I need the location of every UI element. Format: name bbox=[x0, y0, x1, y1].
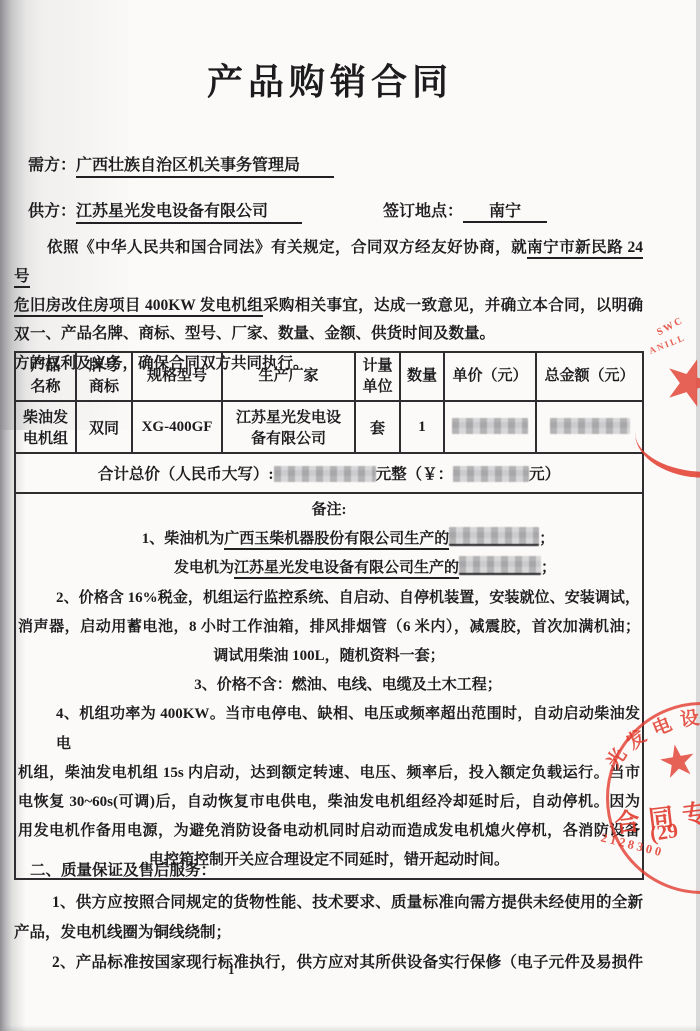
text-segment: 广西玉柴机器股份有限公司生产的 bbox=[224, 531, 449, 550]
text-line: 发电机为江苏星光发电设备有限公司生产的； bbox=[18, 554, 640, 583]
redacted-total-amount bbox=[550, 418, 630, 434]
cell-unit: 套 bbox=[355, 401, 400, 453]
text-line: 产品，发电机线圈为铜线绕制； bbox=[14, 918, 643, 948]
cell-manufacturer: 江苏星光发电设备有限公司 bbox=[222, 401, 355, 453]
text-segment: ； bbox=[539, 531, 554, 547]
cell-brand: 双同 bbox=[76, 401, 132, 453]
cell-model: XG-400GF bbox=[132, 401, 222, 453]
text-line: 用发电机作备用电源，为避免消防设备电动机同时启动而造成发电机熄火停机，各消防设备 bbox=[18, 817, 640, 846]
text-segment: 消声器，启动用蓄电池，8 小时工作油箱，排风排烟管（6 米内），减震胶，首次加满… bbox=[18, 619, 640, 635]
remarks-cell: 备注: 1、柴油机为广西玉柴机器股份有限公司生产的；发电机为江苏星光发电设备有限… bbox=[15, 493, 643, 879]
col-unit-price: 单价（元） bbox=[444, 352, 536, 401]
text-segment: 江苏星光发电设备有限公司生产的 bbox=[234, 560, 459, 579]
buyer-row: 需方：广西壮族自治区机关事务管理局 bbox=[28, 152, 334, 175]
text-segment: 3、价格不含：燃油、电线、电缆及土木工程； bbox=[194, 677, 502, 693]
seller-name: 江苏星光发电设备有限公司 bbox=[76, 203, 302, 224]
contract-scan-page: 产品购销合同 需方：广西壮族自治区机关事务管理局 供方：江苏星光发电设备有限公司… bbox=[0, 0, 700, 1031]
col-brand: 牌号商标 bbox=[76, 352, 132, 401]
red-seal-fragment-top: SWC ANILL ★ bbox=[640, 315, 700, 490]
text-segment: 1、供方应按照合同规定的货物性能、技术要求、质量标准向需方提供未经使用的全新 bbox=[52, 894, 643, 911]
table-header-row: 产品名称 牌号商标 规格型号 生产厂家 计量单位 数量 单价（元） 总金额（元） bbox=[15, 352, 643, 401]
company-contract-seal: 光 发 电 设 ★ 合同专用章 (29 2128300 bbox=[598, 688, 700, 893]
sign-place-value: 南宁 bbox=[463, 203, 547, 223]
seller-label: 供方： bbox=[28, 203, 76, 220]
sign-place-label: 签订地点： bbox=[383, 203, 463, 220]
section1-heading: 一、产品名牌、商标、型号、厂家、数量、金额、供货时间及数量。 bbox=[30, 321, 495, 343]
text-line: 电恢复 30~60s(可调)后，自动恢复市电供电，柴油发电机组经冷却延时后，自动… bbox=[18, 788, 640, 817]
cell-product-name: 柴油发电机组 bbox=[15, 401, 76, 453]
page-number: 1 bbox=[228, 962, 235, 978]
text-line: 调试用柴油 100L，随机资料一套； bbox=[18, 642, 640, 671]
text-segment: ； bbox=[541, 560, 556, 576]
cell-total-amount bbox=[536, 401, 643, 453]
text-segment: 电恢复 30~60s(可调)后，自动恢复市电供电，柴油发电机组经冷却延时后，自动… bbox=[18, 794, 640, 810]
redacted-value bbox=[459, 556, 541, 575]
remarks-body: 1、柴油机为广西玉柴机器股份有限公司生产的；发电机为江苏星光发电设备有限公司生产… bbox=[18, 525, 640, 875]
scan-bottom-edge bbox=[0, 1025, 700, 1031]
cell-unit-price bbox=[444, 401, 536, 453]
cell-qty: 1 bbox=[400, 401, 444, 453]
total-mid: 元整（￥： bbox=[376, 466, 454, 483]
text-segment: 危旧房改住房项目 400KW 发电机组 bbox=[14, 297, 263, 317]
text-segment: 2、价格含 16%税金，机组运行监控系统、自启动、自停机装置，安装就位、安装调试… bbox=[56, 590, 640, 606]
redacted-unit-price bbox=[452, 418, 528, 434]
star-icon: ★ bbox=[654, 344, 700, 420]
redacted-amount-words bbox=[274, 466, 376, 482]
buyer-name: 广西壮族自治区机关事务管理局 bbox=[76, 157, 334, 178]
col-manufacturer: 生产厂家 bbox=[222, 352, 355, 401]
seal-arc-char: 设 bbox=[678, 703, 700, 732]
table-total-row: 合计总价（人民币大写）:元整（￥：元） bbox=[15, 453, 643, 493]
col-unit: 计量单位 bbox=[355, 352, 400, 401]
section2-body: 1、供方应按照合同规定的货物性能、技术要求、质量标准向需方提供未经使用的全新产品… bbox=[14, 888, 643, 978]
col-model: 规格型号 bbox=[132, 352, 222, 401]
buyer-label: 需方： bbox=[28, 157, 76, 174]
redacted-amount-figures bbox=[453, 466, 529, 482]
remarks-label: 备注: bbox=[18, 496, 640, 525]
total-end: 元） bbox=[529, 466, 560, 483]
text-line: 4、机组功率为 400KW。当市电停电、缺相、电压或频率超出范围时，自动启动柴油… bbox=[18, 700, 640, 758]
total-price-cell: 合计总价（人民币大写）:元整（￥：元） bbox=[15, 453, 643, 493]
col-total-amount: 总金额（元） bbox=[536, 352, 643, 401]
redacted-value bbox=[449, 527, 539, 546]
text-segment: 1、柴油机为 bbox=[142, 531, 225, 547]
text-line: 机组，柴油发电机组 15s 内启动，达到额定转速、电压、频率后，投入额定负载运行… bbox=[18, 759, 640, 788]
table-remark-row: 备注: 1、柴油机为广西玉柴机器股份有限公司生产的；发电机为江苏星光发电设备有限… bbox=[15, 493, 643, 879]
text-segment: 发电机为 bbox=[174, 560, 234, 576]
text-line: 消声器，启动用蓄电池，8 小时工作油箱，排风排烟管（6 米内），减震胶，首次加满… bbox=[18, 613, 640, 642]
text-segment: 产品，发电机线圈为铜线绕制； bbox=[14, 924, 231, 941]
table-data-row: 柴油发电机组 双同 XG-400GF 江苏星光发电设备有限公司 套 1 bbox=[15, 401, 643, 453]
text-segment: 用发电机作备用电源，为避免消防设备电动机同时启动而造成发电机熄火停机，各消防设备 bbox=[18, 823, 640, 839]
product-table: 产品名称 牌号商标 规格型号 生产厂家 计量单位 数量 单价（元） 总金额（元）… bbox=[14, 351, 644, 880]
text-segment: 机组，柴油发电机组 15s 内启动，达到额定转速、电压、频率后，投入额定负载运行… bbox=[18, 765, 640, 781]
section2-heading: 二、质量保证及售后服务： bbox=[30, 858, 216, 880]
contract-title: 产品购销合同 bbox=[0, 54, 660, 105]
text-segment: 依照《中华人民共和国合同法》有关规定，合同双方经友好协商，就 bbox=[47, 239, 527, 256]
text-line: 1、柴油机为广西玉柴机器股份有限公司生产的； bbox=[18, 525, 640, 554]
text-line: 依照《中华人民共和国合同法》有关规定，合同双方经友好协商，就南宁市新民路 24 … bbox=[14, 233, 643, 291]
col-qty: 数量 bbox=[400, 352, 444, 401]
star-icon: ★ bbox=[654, 737, 700, 787]
seal-arc-stroke bbox=[632, 419, 700, 481]
sign-place-row: 签订地点：南宁 bbox=[383, 198, 547, 221]
text-line: 3、价格不含：燃油、电线、电缆及土木工程； bbox=[18, 671, 640, 700]
text-line: 2、价格含 16%税金，机组运行监控系统、自启动、自停机装置，安装就位、安装调试… bbox=[18, 584, 640, 613]
total-label: 合计总价（人民币大写）: bbox=[98, 466, 274, 483]
text-line: 2、产品标准按国家现行标准执行，供方应对其所供设备实行保修（电子元件及易损件 bbox=[14, 948, 643, 978]
seller-row: 供方：江苏星光发电设备有限公司 bbox=[28, 198, 302, 221]
text-line: 1、供方应按照合同规定的货物性能、技术要求、质量标准向需方提供未经使用的全新 bbox=[14, 888, 643, 918]
col-product-name: 产品名称 bbox=[15, 352, 76, 401]
text-segment: 2、产品标准按国家现行标准执行，供方应对其所供设备实行保修（电子元件及易损件 bbox=[52, 954, 643, 971]
text-segment: 调试用柴油 100L，随机资料一套； bbox=[213, 648, 444, 664]
text-segment: 4、机组功率为 400KW。当市电停电、缺相、电压或频率超出范围时，自动启动柴油… bbox=[56, 706, 640, 751]
